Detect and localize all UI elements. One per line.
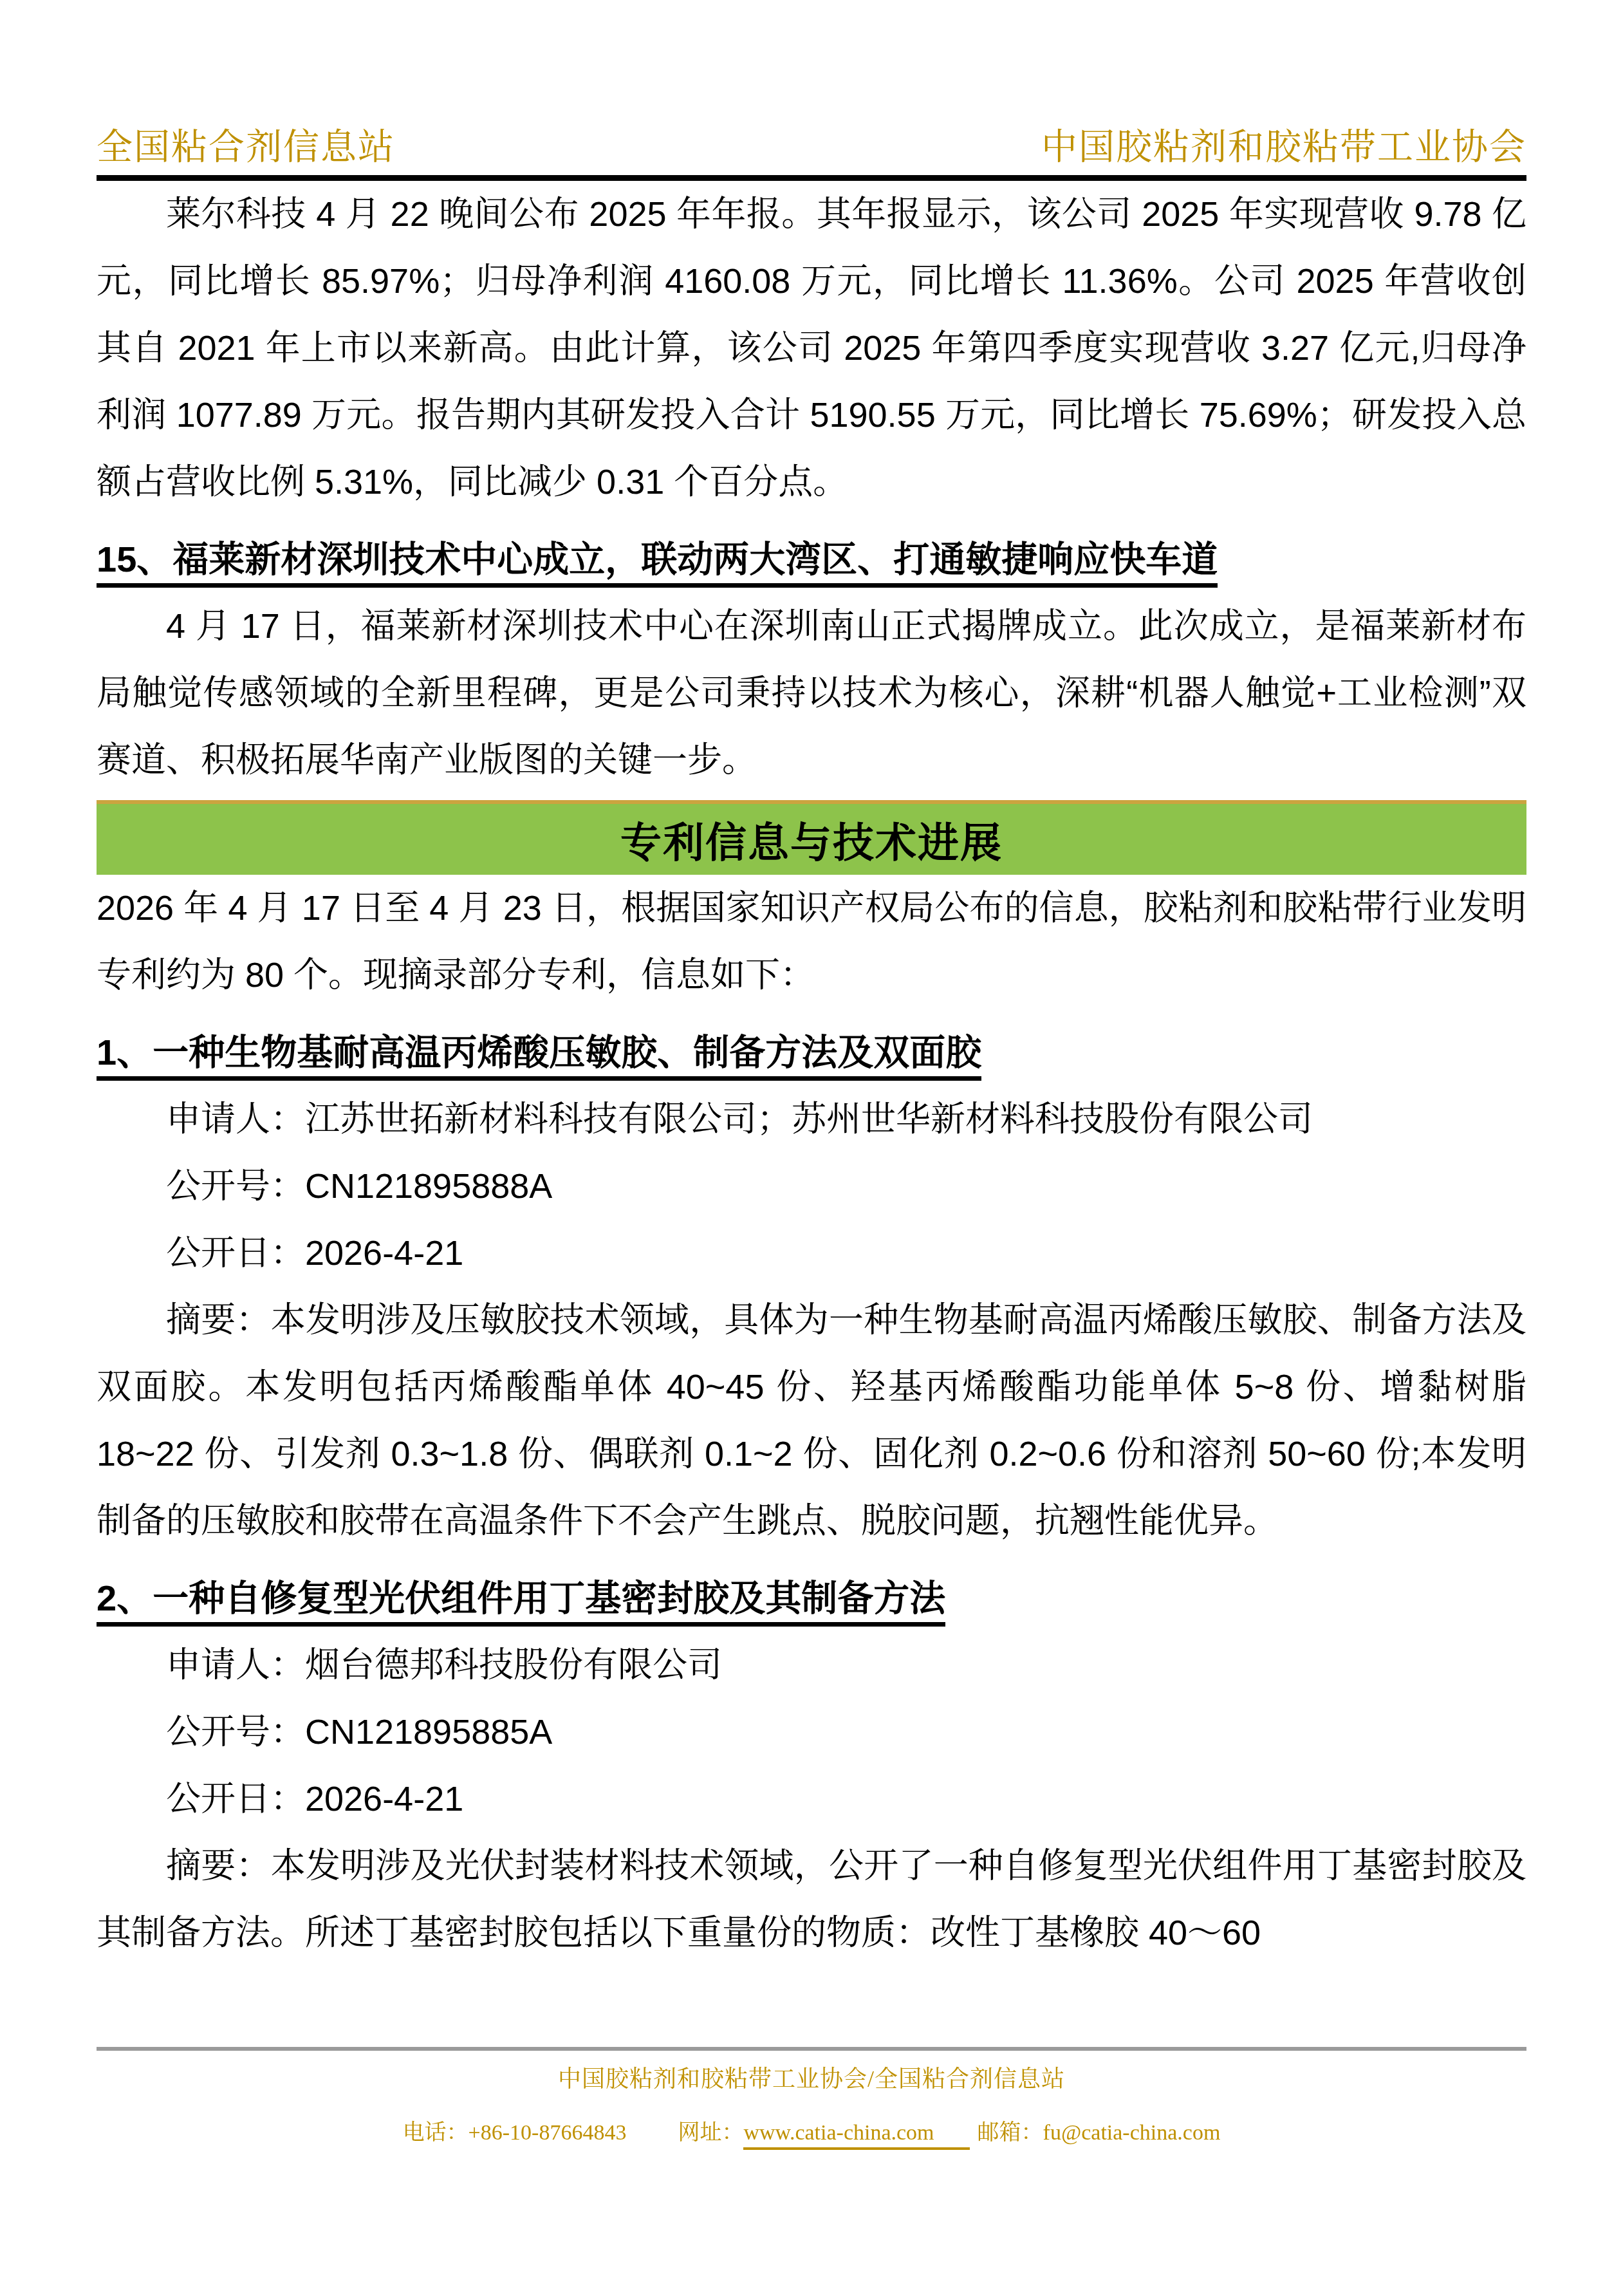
- patent-2-abstract: 摘要：本发明涉及光伏封装材料技术领域，公开了一种自修复型光伏组件用丁基密封胶及其…: [97, 1833, 1526, 1966]
- newsletter-page: 全国粘合剂信息站 中国胶粘剂和胶粘带工业协会 莱尔科技 4 月 22 晚间公布 …: [0, 0, 1623, 2296]
- patent-1-applicant: 申请人：江苏世拓新材料科技有限公司；苏州世华新材料科技股份有限公司: [97, 1086, 1526, 1153]
- patent-intro-paragraph: 2026 年 4 月 17 日至 4 月 23 日，根据国家知识产权局公布的信息…: [97, 875, 1526, 1009]
- header-left-title: 全国粘合剂信息站: [97, 126, 395, 169]
- patent-1-heading: 1、一种生物基耐高温丙烯酸压敏胶、制备方法及双面胶: [97, 1019, 1526, 1086]
- footer-divider: [97, 2047, 1526, 2051]
- footer-contact-line: 电话：+86-10-87664843网址：www.catia-china.com…: [97, 2114, 1526, 2146]
- footer-organization-line: 中国胶粘剂和胶粘带工业协会/全国粘合剂信息站: [97, 2061, 1526, 2094]
- patent-entry-1: 1、一种生物基耐高温丙烯酸压敏胶、制备方法及双面胶 申请人：江苏世拓新材料科技有…: [97, 1019, 1526, 1554]
- news-item-15-heading-text: 15、福莱新材深圳技术中心成立，联动两大湾区、打通敏捷响应快车道: [97, 539, 1218, 588]
- footer-site-link[interactable]: www.catia-china.com: [743, 2121, 969, 2150]
- header-right-title: 中国胶粘剂和胶粘带工业协会: [1041, 126, 1526, 169]
- patent-2-heading-text: 2、一种自修复型光伏组件用丁基密封胶及其制备方法: [97, 1578, 945, 1627]
- news-item-15-heading: 15、福莱新材深圳技术中心成立，联动两大湾区、打通敏捷响应快车道: [97, 526, 1526, 593]
- header-divider: [97, 175, 1526, 181]
- patent-1-publication-number: 公开号：CN121895888A: [97, 1153, 1526, 1220]
- page-footer: 中国胶粘剂和胶粘带工业协会/全国粘合剂信息站 电话：+86-10-8766484…: [97, 2047, 1526, 2146]
- footer-phone: 电话：+86-10-87664843: [403, 2121, 627, 2145]
- patent-2-publication-number: 公开号：CN121895885A: [97, 1699, 1526, 1766]
- patent-1-abstract: 摘要：本发明涉及压敏胶技术领域，具体为一种生物基耐高温丙烯酸压敏胶、制备方法及双…: [97, 1287, 1526, 1554]
- patent-section-banner: 专利信息与技术进展: [97, 800, 1526, 875]
- patent-2-publication-date: 公开日：2026-4-21: [97, 1766, 1526, 1833]
- footer-site-label: 网址：: [678, 2121, 743, 2145]
- patent-1-publication-date: 公开日：2026-4-21: [97, 1220, 1526, 1287]
- patent-entry-2: 2、一种自修复型光伏组件用丁基密封胶及其制备方法 申请人：烟台德邦科技股份有限公…: [97, 1565, 1526, 1966]
- patent-1-heading-text: 1、一种生物基耐高温丙烯酸压敏胶、制备方法及双面胶: [97, 1032, 981, 1081]
- patent-2-heading: 2、一种自修复型光伏组件用丁基密封胶及其制备方法: [97, 1565, 1526, 1632]
- footer-email: 邮箱：fu@catia-china.com: [978, 2121, 1221, 2145]
- news-paragraph-laier: 莱尔科技 4 月 22 晚间公布 2025 年年报。其年报显示，该公司 2025…: [97, 181, 1526, 516]
- news-paragraph-item15: 4 月 17 日，福莱新材深圳技术中心在深圳南山正式揭牌成立。此次成立，是福莱新…: [97, 593, 1526, 794]
- patent-section-banner-title: 专利信息与技术进展: [620, 810, 1003, 869]
- patent-2-applicant: 申请人：烟台德邦科技股份有限公司: [97, 1632, 1526, 1699]
- page-header: 全国粘合剂信息站 中国胶粘剂和胶粘带工业协会: [97, 126, 1526, 169]
